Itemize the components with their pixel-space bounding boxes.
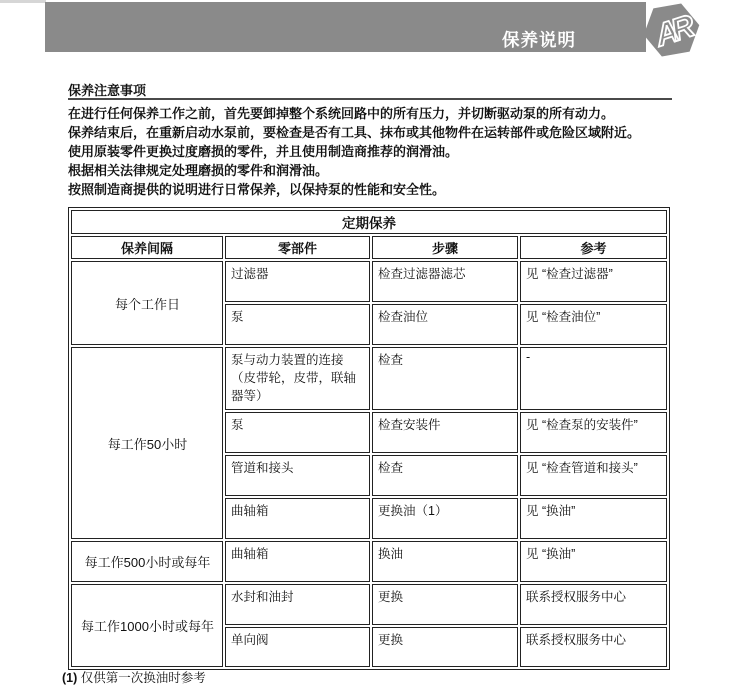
table-header-row: 保养间隔 零部件 步骤 参考 <box>71 236 667 259</box>
step-cell: 更换 <box>372 584 518 625</box>
periodic-maintenance-table: 定期保养 保养间隔 零部件 步骤 参考 每个工作日 过滤器 检查过滤器滤芯 见 … <box>68 207 670 670</box>
part-cell: 曲轴箱 <box>225 498 370 539</box>
step-cell: 检查 <box>372 455 518 496</box>
part-cell: 单向阀 <box>225 627 370 667</box>
ref-cell: 见 “检查管道和接头” <box>520 455 667 496</box>
col-header-part: 零部件 <box>225 236 370 259</box>
part-cell: 泵 <box>225 304 370 345</box>
ref-cell: 见 “换油” <box>520 498 667 539</box>
ref-cell: - <box>520 347 667 410</box>
section-heading: 保养注意事项 <box>68 80 146 99</box>
table-row: 每工作500小时或每年 曲轴箱 换油 见 “换油” <box>71 541 667 582</box>
ref-cell: 见 “检查油位” <box>520 304 667 345</box>
safety-note-line: 根据相关法律规定处理磨损的零件和润滑油。 <box>68 161 728 180</box>
part-cell: 泵与动力装置的连接（皮带轮，皮带，联轴器等） <box>225 347 370 410</box>
top-edge-strip <box>0 0 46 3</box>
table-title-row: 定期保养 <box>71 210 667 234</box>
safety-note-line: 使用原装零件更换过度磨损的零件，并且使用制造商推荐的润滑油。 <box>68 142 728 161</box>
table-row: 每个工作日 过滤器 检查过滤器滤芯 见 “检查过滤器” <box>71 261 667 302</box>
manual-page: 保养说明 AR 保养注意事项 在进行任何保养工作之前，首先要卸掉整个系统回路中的… <box>0 0 741 700</box>
page-title: 保养说明 <box>502 30 576 50</box>
ref-cell: 联系授权服务中心 <box>520 584 667 625</box>
ref-cell: 见 “检查泵的安装件” <box>520 412 667 453</box>
table-title: 定期保养 <box>71 210 667 234</box>
part-cell: 泵 <box>225 412 370 453</box>
step-cell: 检查油位 <box>372 304 518 345</box>
part-cell: 曲轴箱 <box>225 541 370 582</box>
ref-cell: 见 “检查过滤器” <box>520 261 667 302</box>
ref-cell: 联系授权服务中心 <box>520 627 667 667</box>
interval-cell: 每工作1000小时或每年 <box>71 584 223 667</box>
page-title-bar: 保养说明 <box>45 2 646 52</box>
footnote-text: 仅供第一次换油时参考 <box>77 671 205 685</box>
part-cell: 管道和接头 <box>225 455 370 496</box>
col-header-step: 步骤 <box>372 236 518 259</box>
step-cell: 更换油（1） <box>372 498 518 539</box>
footnote: (1) 仅供第一次换油时参考 <box>62 668 206 686</box>
interval-cell: 每工作50小时 <box>71 347 223 539</box>
safety-notes: 在进行任何保养工作之前，首先要卸掉整个系统回路中的所有压力，并切断驱动泵的所有动… <box>68 104 728 199</box>
step-cell: 检查安装件 <box>372 412 518 453</box>
ref-cell: 见 “换油” <box>520 541 667 582</box>
part-cell: 过滤器 <box>225 261 370 302</box>
table-row: 每工作50小时 泵与动力装置的连接（皮带轮，皮带，联轴器等） 检查 - <box>71 347 667 410</box>
part-cell: 水封和油封 <box>225 584 370 625</box>
ar-logo-icon: AR <box>641 0 702 60</box>
heading-rule <box>68 98 672 100</box>
step-cell: 检查过滤器滤芯 <box>372 261 518 302</box>
col-header-interval: 保养间隔 <box>71 236 223 259</box>
footnote-marker: (1) <box>62 671 77 685</box>
safety-note-line: 保养结束后，在重新启动水泵前，要检查是否有工具、抹布或其他物件在运转部件或危险区… <box>68 123 728 142</box>
interval-cell: 每工作500小时或每年 <box>71 541 223 582</box>
interval-cell: 每个工作日 <box>71 261 223 345</box>
table-row: 每工作1000小时或每年 水封和油封 更换 联系授权服务中心 <box>71 584 667 625</box>
col-header-ref: 参考 <box>520 236 667 259</box>
step-cell: 检查 <box>372 347 518 410</box>
safety-note-line: 在进行任何保养工作之前，首先要卸掉整个系统回路中的所有压力，并切断驱动泵的所有动… <box>68 104 728 123</box>
step-cell: 更换 <box>372 627 518 667</box>
step-cell: 换油 <box>372 541 518 582</box>
safety-note-line: 按照制造商提供的说明进行日常保养，以保持泵的性能和安全性。 <box>68 180 728 199</box>
